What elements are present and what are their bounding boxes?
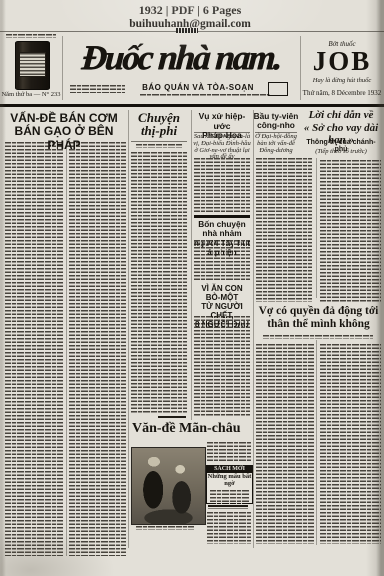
gossip-subtitle [136, 144, 182, 148]
headline-line: Bốn chuyện nhà nhảm [193, 220, 251, 239]
header-line: Lời chỉ dẫn về [298, 109, 384, 122]
book-ad-details [210, 490, 249, 504]
body-text-column [207, 512, 251, 544]
gossip-header: Chuyện thị-phi [130, 111, 188, 137]
body-text-column [207, 442, 251, 462]
photo-caption [136, 526, 194, 530]
council-subtitle: Ở Đại-hội-đồng bàn tới vấn-đề Đông-dương [252, 134, 300, 154]
publisher-credits [70, 85, 125, 93]
body-text-column [194, 158, 250, 212]
issue-number: Năm thứ ba — N° 233 [0, 91, 62, 98]
newspaper-title: Đuốc nhà nam. [63, 38, 300, 78]
body-text-column [5, 142, 63, 556]
section-bar [194, 215, 250, 218]
body-text-column [320, 344, 381, 544]
book-ad-name: Những mẩu bất ngờ [207, 474, 252, 488]
body-text-column [256, 344, 314, 544]
stamp-box-icon [268, 82, 288, 96]
date-line: Thứ năm, 8 Décembre 1932 [300, 89, 384, 97]
headline-line: thân thể mình không [255, 318, 382, 331]
column-rule [316, 158, 317, 298]
scan-header: 1932 | PDF | 6 Pages buihuuhanh@gmail.co… [40, 3, 340, 30]
body-text-column [320, 160, 381, 302]
barcode-mark-icon [176, 28, 198, 33]
office-address [140, 94, 270, 97]
wife-headline: Vợ có quyền đả động tới thân thể mình kh… [255, 305, 382, 331]
column-rule [128, 110, 129, 548]
book-ad-title: SÁCH MỚI [207, 466, 252, 473]
column-rule [253, 110, 254, 548]
signature-line [158, 416, 186, 419]
newspaper-scan-page: 1932 | PDF | 6 Pages buihuuhanh@gmail.co… [0, 0, 384, 576]
body-text-column [194, 316, 250, 416]
body-text-column [256, 158, 312, 302]
body-text-column [69, 142, 126, 556]
sub-headline [208, 505, 248, 509]
masthead-rule [0, 104, 384, 107]
column-rule [316, 340, 317, 545]
left-ad-top-label [6, 34, 56, 38]
wife-subtitle [263, 335, 373, 339]
body-text-column [194, 240, 250, 282]
headline-line: Vợ có quyền đả động tới [255, 305, 382, 318]
manchu-header: Văn-đề Mãn-châu [132, 421, 252, 437]
headline-line: VÌ ĂN CON BÒ-MỘT [193, 285, 251, 303]
header-line: Vụ xử hiệp-ước [193, 112, 251, 131]
office-line: BÁO QUÁN VÀ TÒA-SOẠN [128, 83, 268, 92]
scan-header-meta: 1932 | PDF | 6 Pages [40, 3, 340, 18]
divider [131, 141, 187, 142]
milk-can-icon [15, 41, 50, 90]
column-rule [66, 140, 67, 556]
book-ad-box: SÁCH MỚI Những mẩu bất ngờ [206, 465, 253, 504]
milk-can-label [19, 52, 46, 77]
manchu-photo [131, 447, 206, 525]
column-rule [191, 110, 192, 420]
body-text-column [131, 152, 187, 414]
header-line: thị-phi [130, 124, 188, 137]
loans-note: (Tiếp theo số trước) [300, 148, 382, 155]
job-ad-brand: JOB [302, 46, 382, 77]
council-header: Bầu ty-viên công-nho [252, 112, 300, 131]
job-ad-slogan: Hay là đừng hút thuốc [300, 77, 384, 84]
header-line: công-nho [252, 121, 300, 130]
